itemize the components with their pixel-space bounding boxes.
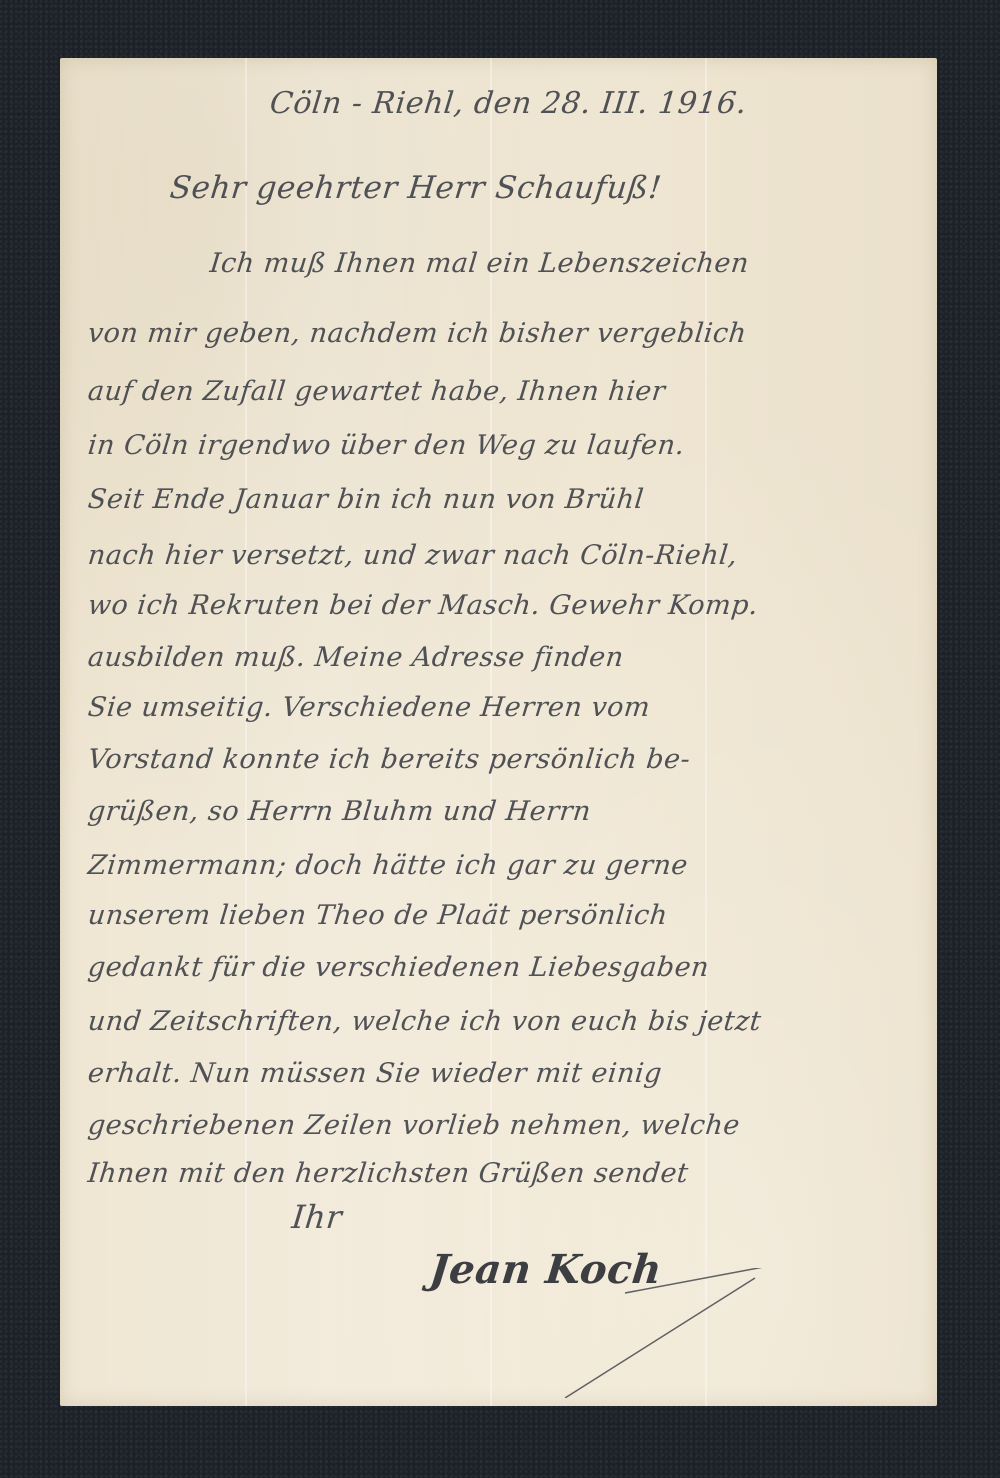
body-line: Vorstand konnte ich bereits persönlich b… [86, 744, 692, 775]
body-line: auf den Zufall gewartet habe, Ihnen hier [86, 376, 667, 407]
body-line: geschriebenen Zeilen vorlieb nehmen, wel… [86, 1110, 741, 1141]
body-line: Sie umseitig. Verschiedene Herren vom [86, 692, 651, 723]
body-line: unserem lieben Theo de Plaät persönlich [86, 900, 669, 931]
postcard: Cöln - Riehl, den 28. III. 1916. Sehr ge… [60, 58, 937, 1406]
body-line: Seit Ende Januar bin ich nun von Brühl [86, 484, 645, 515]
body-line: Zimmermann; doch hätte ich gar zu gerne [86, 850, 689, 881]
body-line: erhalt. Nun müssen Sie wieder mit einig [86, 1058, 663, 1089]
body-line: nach hier versetzt, und zwar nach Cöln-R… [86, 540, 739, 571]
body-line: Ihnen mit den herzlichsten Grüßen sendet [86, 1158, 690, 1189]
salutation: Sehr geehrter Herr Schaufuß! [168, 170, 663, 206]
closing: Ihr [290, 1198, 344, 1236]
body-line: und Zeitschriften, welche ich von euch b… [86, 1006, 763, 1037]
body-line: in Cöln irgendwo über den Weg zu laufen. [86, 430, 686, 461]
dateline: Cöln - Riehl, den 28. III. 1916. [268, 86, 748, 121]
signature-flourish-icon [455, 1268, 775, 1398]
body-line: Ich muß Ihnen mal ein Lebenszeichen [208, 248, 750, 279]
body-line: grüßen, so Herrn Bluhm und Herrn [86, 796, 592, 827]
body-line: von mir geben, nachdem ich bisher vergeb… [86, 318, 748, 349]
body-line: wo ich Rekruten bei der Masch. Gewehr Ko… [86, 590, 759, 621]
body-line: gedankt für die verschiedenen Liebesgabe… [86, 952, 710, 983]
body-line: ausbilden muß. Meine Adresse finden [86, 642, 625, 673]
